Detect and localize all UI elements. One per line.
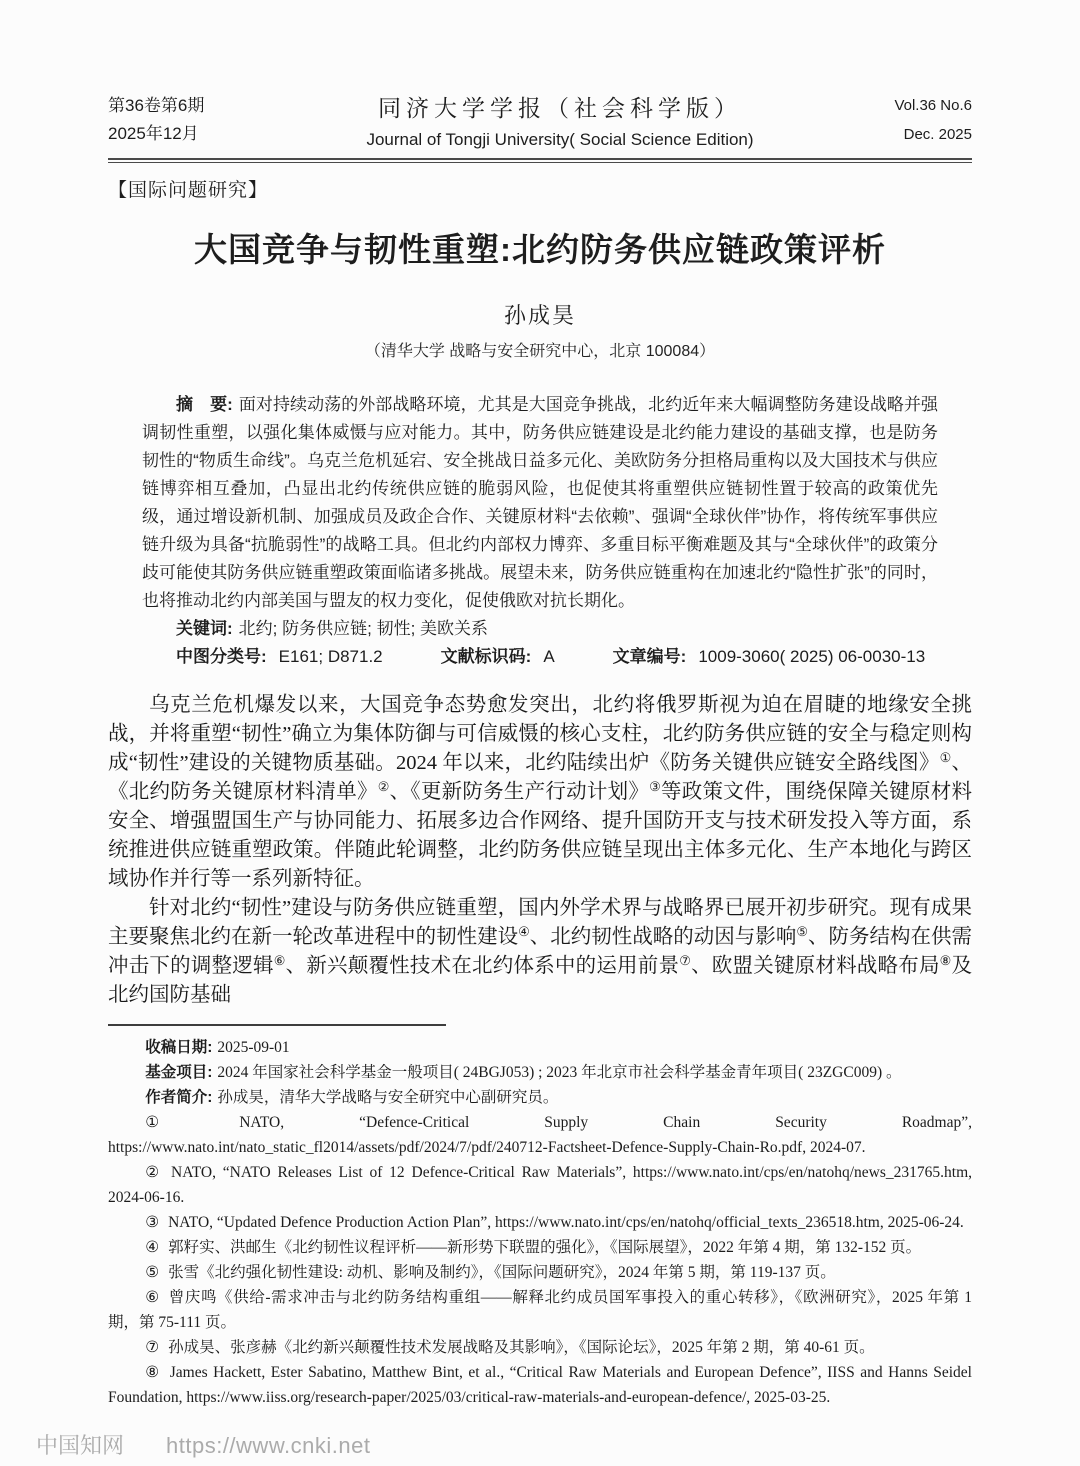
abstract-block: 摘 要:面对持续动荡的外部战略环境，尤其是大国竞争挑战，北约近年来大幅调整防务建… [142,391,938,671]
author-affiliation: （清华大学 战略与安全研究中心，北京 100084） [108,338,972,361]
received-date-label: 收稿日期: [145,1039,212,1056]
footnote-text: 郭籽实、洪邮生《北约韧性议程评析——新形势下联盟的强化》，《国际展望》，2022… [168,1239,921,1256]
footnote-marker: ③ [145,1214,159,1231]
body-paragraph-1: 乌克兰危机爆发以来，大国竞争态势愈发突出，北约将俄罗斯视为迫在眉睫的地缘安全挑战… [108,691,972,894]
footnote-item: ②NATO, “NATO Releases List of 12 Defence… [108,1160,972,1210]
date-en: Dec. 2025 [842,121,972,150]
article-title: 大国竞争与韧性重塑:北约防务供应链政策评析 [108,224,972,271]
issue-info-en: Vol.36 No.6 Dec. 2025 [842,90,972,150]
journal-page: 第36卷第6期 2025年12月 同济大学学报（社会科学版） Journal o… [0,0,1080,1466]
author-bio-line: 作者简介:孙成昊，清华大学战略与安全研究中心副研究员。 [108,1085,972,1110]
keywords-line: 关键词:北约; 防务供应链; 韧性; 美欧关系 [142,615,938,643]
fund-project-label: 基金项目: [145,1064,212,1081]
footnote-item: ④郭籽实、洪邮生《北约韧性议程评析——新形势下联盟的强化》，《国际展望》，202… [108,1235,972,1260]
issue-info: 第36卷第6期 2025年12月 [108,90,278,150]
fund-project-line: 基金项目:2024 年国家社会科学基金一般项目( 24BGJ053) ; 202… [108,1060,972,1085]
doc-code-pair: 文献标识码:A [441,647,555,666]
footnote-marker: ⑤ [145,1264,159,1281]
footnote-marker: ② [145,1164,162,1181]
abstract-text: 面对持续动荡的外部战略环境，尤其是大国竞争挑战，北约近年来大幅调整防务建设战略并… [142,395,938,610]
footnote-text: James Hackett, Ester Sabatino, Matthew B… [108,1364,972,1406]
footnote-text: 孙成昊、张彦赫《北约新兴颠覆性技术发展战略及其影响》，《国际论坛》，2025 年… [168,1339,875,1356]
article-id-value: 1009-3060( 2025) 06-0030-13 [698,647,925,666]
footnote-marker: ① [145,1114,230,1131]
abstract-label: 摘 要: [176,395,233,414]
cnki-url: https://www.cnki.net [166,1433,370,1459]
footnote-item: ⑤张雪《北约强化韧性建设: 动机、影响及制约》，《国际问题研究》，2024 年第… [108,1260,972,1285]
footnote-marker: ⑦ [145,1339,159,1356]
abstract-paragraph: 摘 要:面对持续动荡的外部战略环境，尤其是大国竞争挑战，北约近年来大幅调整防务建… [142,391,938,615]
volume-issue-cn: 第36卷第6期 [108,92,278,120]
keywords-label: 关键词: [176,619,233,638]
journal-name-block: 同济大学学报（社会科学版） Journal of Tongji Universi… [278,90,842,150]
received-date-line: 收稿日期:2025-09-01 [108,1035,972,1060]
journal-header: 第36卷第6期 2025年12月 同济大学学报（社会科学版） Journal o… [108,90,972,150]
clc-value: E161; D871.2 [279,647,383,666]
footnote-item: ①NATO, “Defence-Critical Supply Chain Se… [108,1110,972,1160]
article-body: 乌克兰危机爆发以来，大国竞争态势愈发突出，北约将俄罗斯视为迫在眉睫的地缘安全挑战… [108,691,972,1010]
footnote-marker: ④ [145,1239,159,1256]
clc-label: 中图分类号: [176,647,267,666]
keywords-text: 北约; 防务供应链; 韧性; 美欧关系 [239,619,488,638]
journal-name-cn: 同济大学学报（社会科学版） [278,90,842,123]
received-date-value: 2025-09-01 [217,1039,289,1056]
footnote-text: NATO, “Defence-Critical Supply Chain Sec… [108,1114,972,1156]
section-tag: 【国际问题研究】 [108,175,972,202]
cnki-watermark: 中国知网 https://www.cnki.net [36,1429,370,1460]
footnote-text: 张雪《北约强化韧性建设: 动机、影响及制约》，《国际问题研究》，2024 年第 … [168,1264,836,1281]
author-bio-value: 孙成昊，清华大学战略与安全研究中心副研究员。 [217,1089,558,1106]
journal-name-en: Journal of Tongji University( Social Sci… [278,130,842,150]
footnote-item: ⑥曾庆鸣《供给-需求冲击与北约防务结构重组——解释北约成员国军事投入的重心转移》… [108,1285,972,1335]
volume-issue-en: Vol.36 No.6 [842,92,972,121]
footnote-item: ⑧James Hackett, Ester Sabatino, Matthew … [108,1360,972,1410]
footnote-marker: ⑧ [145,1364,161,1381]
author-name: 孙成昊 [108,299,972,330]
footnote-text: NATO, “NATO Releases List of 12 Defence-… [108,1164,972,1206]
article-id-label: 文章编号: [613,647,687,666]
footnote-item: ③NATO, “Updated Defence Production Actio… [108,1210,972,1235]
date-cn: 2025年12月 [108,120,278,148]
clc-pair: 中图分类号:E161; D871.2 [176,647,383,666]
footnote-marker: ⑥ [145,1289,160,1306]
fund-project-value: 2024 年国家社会科学基金一般项目( 24BGJ053) ; 2023 年北京… [217,1064,901,1081]
footnotes-block: 收稿日期:2025-09-01 基金项目:2024 年国家社会科学基金一般项目(… [108,1035,972,1410]
footnote-text: NATO, “Updated Defence Production Action… [168,1214,964,1231]
doc-code-value: A [543,647,554,666]
author-bio-label: 作者简介: [145,1089,212,1106]
cnki-site-name: 中国知网 [36,1429,124,1460]
footnote-text: 曾庆鸣《供给-需求冲击与北约防务结构重组——解释北约成员国军事投入的重心转移》，… [108,1289,972,1331]
header-divider [108,158,972,163]
body-paragraph-2: 针对北约“韧性”建设与防务供应链重塑，国内外学术界与战略界已展开初步研究。现有成… [108,894,972,1010]
footnote-divider [108,1024,446,1026]
doc-code-label: 文献标识码: [441,647,532,666]
article-id-pair: 文章编号:1009-3060( 2025) 06-0030-13 [613,647,926,666]
footnote-item: ⑦孙成昊、张彦赫《北约新兴颠覆性技术发展战略及其影响》，《国际论坛》，2025 … [108,1335,972,1360]
classification-line: 中图分类号:E161; D871.2文献标识码:A文章编号:1009-3060(… [142,643,938,671]
